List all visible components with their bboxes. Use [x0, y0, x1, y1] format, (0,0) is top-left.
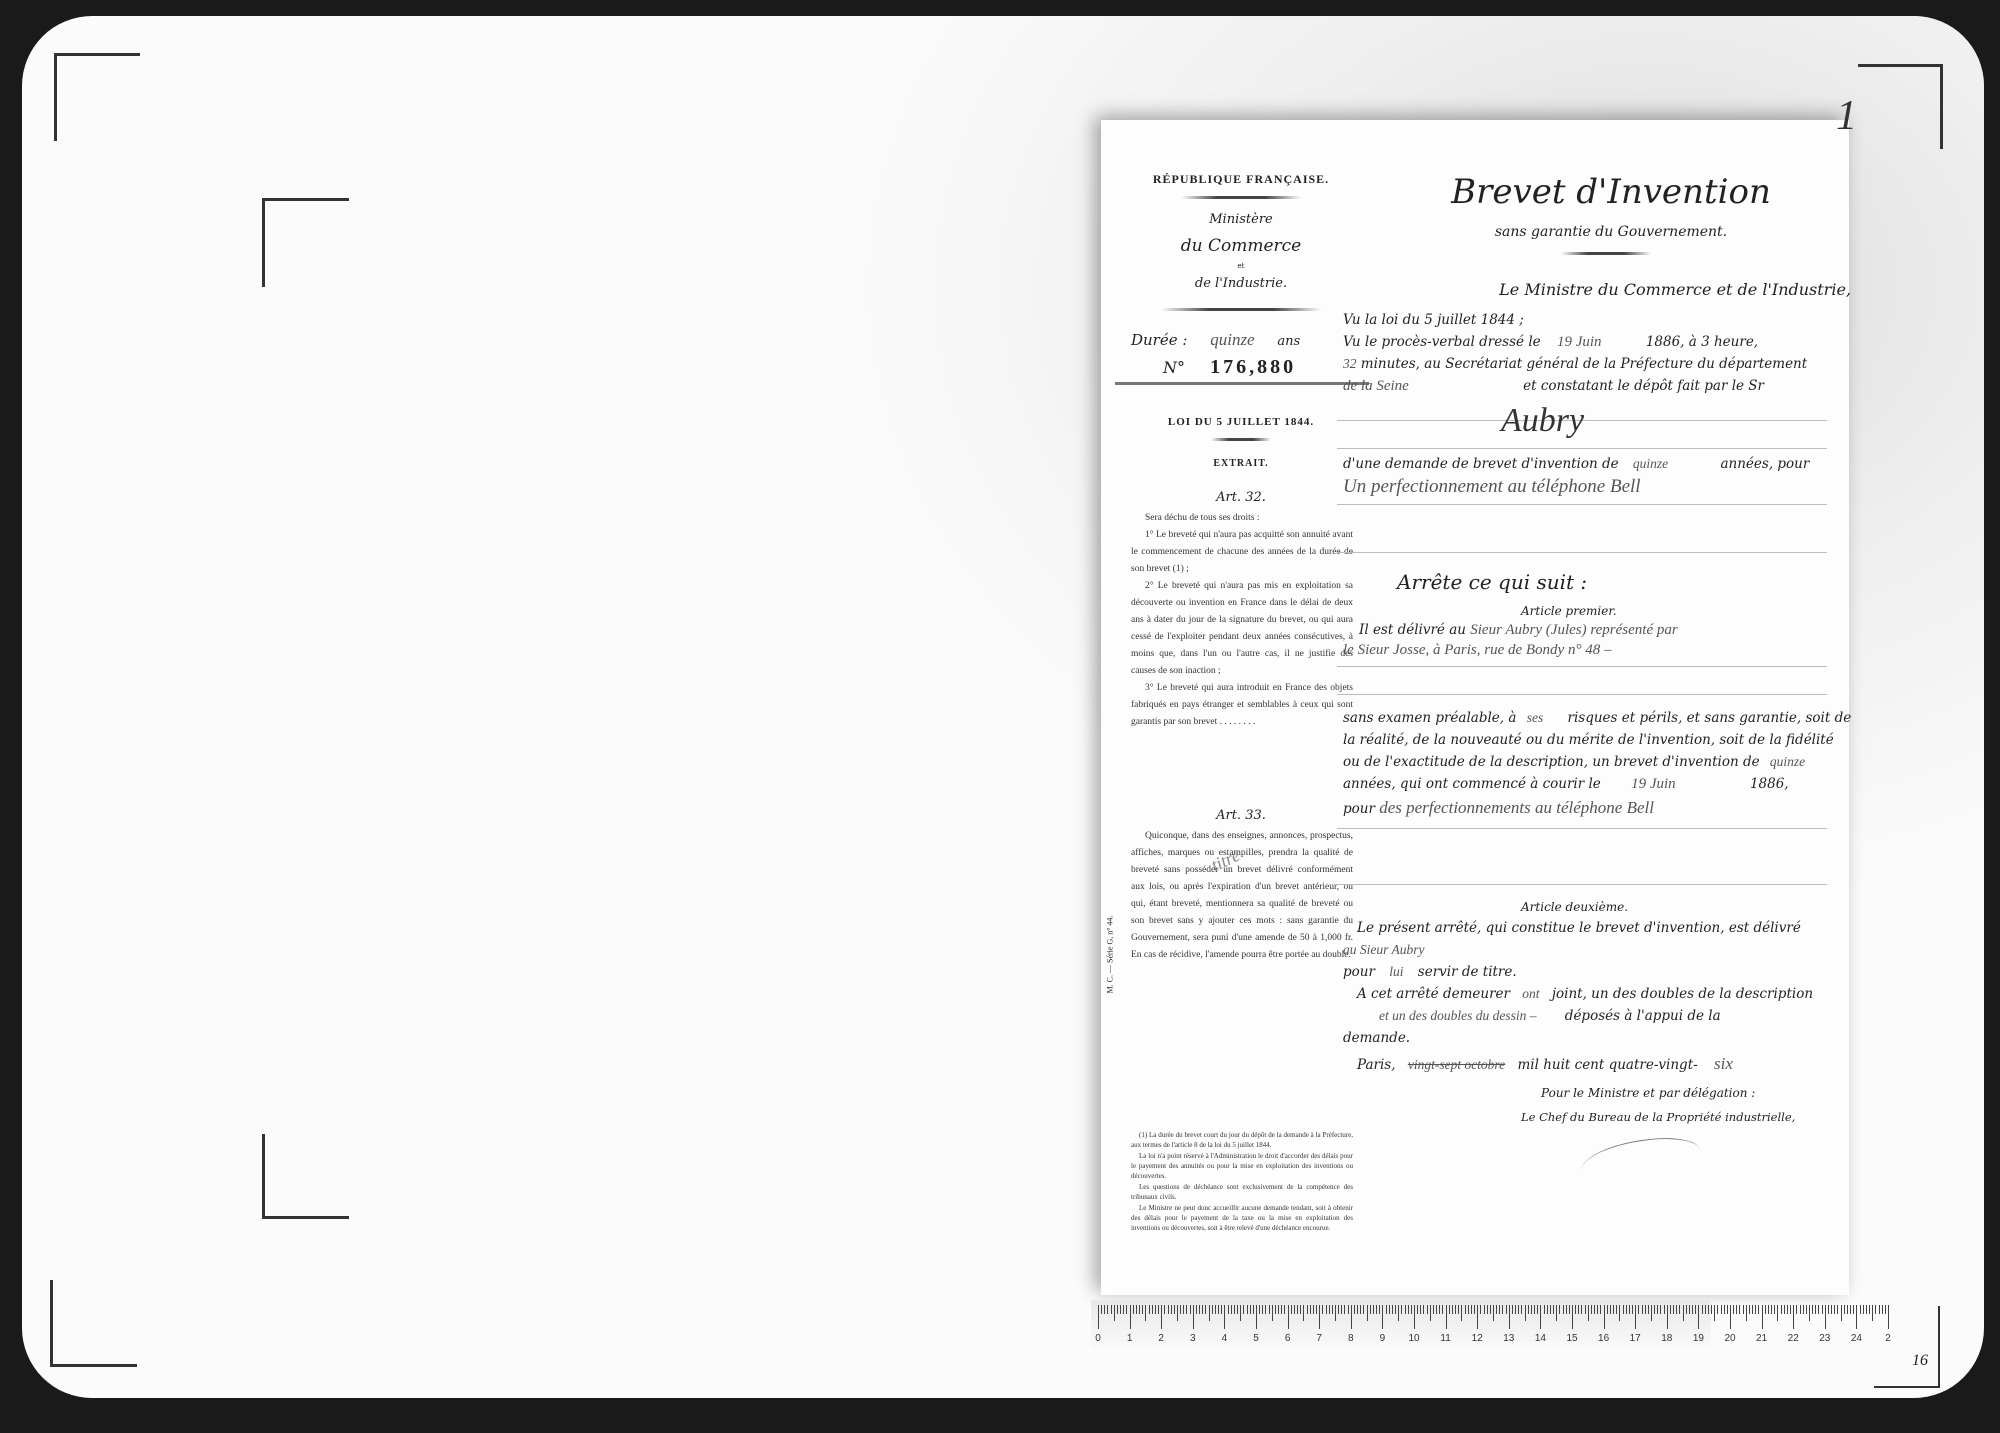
ornament-divider	[1211, 438, 1271, 441]
ruler-tick	[1474, 1305, 1475, 1314]
ruler-tick	[1294, 1305, 1295, 1314]
ruler-tick	[1379, 1305, 1380, 1314]
ruler-tick	[1705, 1305, 1706, 1314]
ruler-tick	[1319, 1305, 1320, 1329]
ruler-label: 20	[1724, 1333, 1735, 1344]
grant-year: six	[1714, 1054, 1733, 1073]
article1-line5: ou de l'exactitude de la description, un…	[1343, 754, 1823, 770]
ruler-tick	[1461, 1305, 1462, 1321]
ruler-tick	[1866, 1305, 1867, 1314]
art32-para3: 3° Le breveté qui aura introduit en Fran…	[1131, 680, 1353, 731]
ruler-tick	[1502, 1305, 1503, 1314]
ruler-tick	[1499, 1305, 1500, 1314]
ruler-tick	[1774, 1305, 1775, 1314]
ruler-tick	[1329, 1305, 1330, 1314]
ruler-tick	[1196, 1305, 1197, 1314]
ruler-tick	[1487, 1305, 1488, 1314]
ruler-tick	[1689, 1305, 1690, 1314]
ruler-label: 10	[1408, 1333, 1419, 1344]
ornament-divider	[1161, 308, 1321, 311]
ruler-tick	[1676, 1305, 1677, 1314]
ruler-tick	[1847, 1305, 1848, 1314]
ruler-tick	[1357, 1305, 1358, 1314]
ruler-tick	[1183, 1305, 1184, 1314]
ruler-tick	[1727, 1305, 1728, 1314]
article2-line5: et un des doubles du dessin – déposés à …	[1379, 1008, 1859, 1024]
ruler-label: 16	[1598, 1333, 1609, 1344]
ruler-tick	[1149, 1305, 1150, 1314]
ruler-tick	[1547, 1305, 1548, 1314]
form-line	[1337, 884, 1827, 885]
document-subtitle: sans garantie du Gouvernement.	[1401, 224, 1821, 240]
ruler-tick	[1793, 1305, 1794, 1329]
ruler-tick	[1771, 1305, 1772, 1314]
ruler-tick	[1126, 1305, 1127, 1314]
ruler-tick	[1660, 1305, 1661, 1314]
ruler-tick	[1389, 1305, 1390, 1314]
ruler-tick	[1480, 1305, 1481, 1314]
ruler-tick	[1818, 1305, 1819, 1314]
ruler-label: 24	[1851, 1333, 1862, 1344]
ruler-label: 2	[1158, 1333, 1164, 1344]
article1-line2: le Sieur Josse, à Paris, rue de Bondy n°…	[1343, 642, 1823, 659]
ruler-tick	[1853, 1305, 1854, 1314]
ruler-tick	[1300, 1305, 1301, 1314]
ruler-tick	[1572, 1305, 1573, 1329]
ruler-tick	[1556, 1305, 1557, 1321]
ruler-tick	[1401, 1305, 1402, 1314]
ruler-tick	[1714, 1305, 1715, 1321]
ruler-label: 5	[1253, 1333, 1259, 1344]
ruler-tick	[1822, 1305, 1823, 1314]
ruler-tick	[1860, 1305, 1861, 1314]
form-line	[1337, 552, 1827, 553]
article1-line1: Il est délivré au Sieur Aubry (Jules) re…	[1359, 622, 1839, 639]
ruler-tick	[1269, 1305, 1270, 1314]
article2-line2: au Sieur Aubry	[1343, 942, 1823, 958]
ruler-tick	[1654, 1305, 1655, 1314]
ruler-tick	[1107, 1305, 1108, 1314]
ruler-tick	[1743, 1305, 1744, 1314]
article1-line3: sans examen préalable, à ses risques et …	[1343, 710, 1823, 726]
ruler-tick	[1645, 1305, 1646, 1314]
form-line	[1337, 828, 1827, 829]
duration-label: Durée :	[1131, 331, 1187, 349]
ruler-tick	[1250, 1305, 1251, 1314]
ruler-tick	[1711, 1305, 1712, 1314]
ruler-tick	[1856, 1305, 1857, 1329]
ruler-tick	[1610, 1305, 1611, 1314]
ruler-tick	[1708, 1305, 1709, 1314]
ministry-line1: Ministère	[1101, 212, 1381, 227]
duration-value: quinze	[1210, 330, 1254, 349]
ruler-tick	[1423, 1305, 1424, 1314]
ruler-tick	[1449, 1305, 1450, 1314]
ruler-tick	[1326, 1305, 1327, 1314]
ruler-tick	[1749, 1305, 1750, 1314]
ruler-tick	[1284, 1305, 1285, 1314]
ruler-tick	[1591, 1305, 1592, 1314]
ruler-tick	[1199, 1305, 1200, 1314]
ruler-tick	[1439, 1305, 1440, 1314]
ruler-tick	[1515, 1305, 1516, 1314]
ruler-tick	[1168, 1305, 1169, 1314]
ruler-label: 19	[1693, 1333, 1704, 1344]
ruler-tick	[1512, 1305, 1513, 1314]
ruler-label: 17	[1630, 1333, 1641, 1344]
ruler-tick	[1837, 1305, 1838, 1314]
ruler-tick	[1221, 1305, 1222, 1314]
ruler-tick	[1386, 1305, 1387, 1314]
duration-unit: ans	[1277, 334, 1300, 349]
ruler-tick	[1446, 1305, 1447, 1329]
art32-intro: Sera déchu de tous ses droits :	[1131, 510, 1353, 527]
decree-heading: Arrête ce qui suit :	[1397, 570, 1587, 594]
ruler-tick	[1875, 1305, 1876, 1314]
ruler-tick	[1471, 1305, 1472, 1314]
ruler-tick	[1382, 1305, 1383, 1329]
ruler-tick	[1493, 1305, 1494, 1321]
art33-title: Art. 33.	[1101, 808, 1381, 823]
ruler-tick	[1800, 1305, 1801, 1314]
ruler-tick	[1721, 1305, 1722, 1314]
ruler-tick	[1477, 1305, 1478, 1329]
header-rule	[1115, 382, 1369, 385]
ruler-tick	[1348, 1305, 1349, 1314]
ruler-tick	[1367, 1305, 1368, 1321]
ruler-tick	[1581, 1305, 1582, 1314]
ruler-tick	[1695, 1305, 1696, 1314]
ruler-tick	[1322, 1305, 1323, 1314]
article2-line4: A cet arrêté demeurer ont joint, un des …	[1357, 986, 1837, 1002]
ruler-tick	[1158, 1305, 1159, 1314]
crop-mark-outer-bottom-right	[1874, 1306, 1940, 1388]
ruler-tick	[1736, 1305, 1737, 1314]
ruler-tick	[1130, 1305, 1131, 1329]
ruler-tick	[1360, 1305, 1361, 1314]
ruler-tick	[1667, 1305, 1668, 1329]
ruler-tick	[1278, 1305, 1279, 1314]
ruler-label: 15	[1566, 1333, 1577, 1344]
ruler-tick	[1155, 1305, 1156, 1314]
ruler-tick	[1341, 1305, 1342, 1314]
ruler-tick	[1370, 1305, 1371, 1314]
ruler-tick	[1411, 1305, 1412, 1314]
ruler-tick	[1133, 1305, 1134, 1314]
ruler-tick	[1651, 1305, 1652, 1321]
ruler-tick	[1161, 1305, 1162, 1329]
ruler-tick	[1193, 1305, 1194, 1329]
ruler-tick	[1408, 1305, 1409, 1314]
ruler-tick	[1888, 1305, 1889, 1329]
ruler-tick	[1506, 1305, 1507, 1314]
ruler-tick	[1139, 1305, 1140, 1314]
ruler-tick	[1768, 1305, 1769, 1314]
ruler-tick	[1698, 1305, 1699, 1329]
ruler-label: 1	[1127, 1333, 1133, 1344]
ruler-tick	[1850, 1305, 1851, 1314]
ruler-tick	[1632, 1305, 1633, 1314]
patent-number-row: N° 176,880	[1163, 356, 1296, 379]
ruler-tick	[1686, 1305, 1687, 1314]
ruler-tick	[1101, 1305, 1102, 1314]
ruler-tick	[1588, 1305, 1589, 1321]
ruler-tick	[1190, 1305, 1191, 1314]
ruler-tick	[1566, 1305, 1567, 1314]
signature-line2: Le Chef du Bureau de la Propriété indust…	[1521, 1110, 1795, 1124]
ruler-tick	[1243, 1305, 1244, 1314]
ruler-tick	[1490, 1305, 1491, 1314]
art32-text: Sera déchu de tous ses droits : 1° Le br…	[1131, 510, 1353, 731]
ruler-tick	[1841, 1305, 1842, 1321]
date-line: Paris, vingt-sept octobre mil huit cent …	[1357, 1054, 1837, 1074]
ruler-tick	[1787, 1305, 1788, 1314]
ruler-tick	[1275, 1305, 1276, 1314]
ruler-tick	[1553, 1305, 1554, 1314]
ruler-tick	[1398, 1305, 1399, 1321]
preamble-line3: 32 minutes, au Secrétariat général de la…	[1343, 356, 1823, 372]
ruler-tick	[1733, 1305, 1734, 1314]
ruler-tick	[1496, 1305, 1497, 1314]
ruler-tick	[1465, 1305, 1466, 1314]
ruler-tick	[1420, 1305, 1421, 1314]
ruler-tick	[1354, 1305, 1355, 1314]
ruler-tick	[1648, 1305, 1649, 1314]
ruler-tick	[1218, 1305, 1219, 1314]
ruler-tick	[1863, 1305, 1864, 1314]
ruler-tick	[1879, 1305, 1880, 1314]
ruler-tick	[1619, 1305, 1620, 1321]
ruler-label: 22	[1788, 1333, 1799, 1344]
footnote-3: Les questions de déchéance sont exclusiv…	[1131, 1182, 1353, 1202]
ruler-tick	[1607, 1305, 1608, 1314]
form-line	[1337, 504, 1827, 505]
ruler-tick	[1392, 1305, 1393, 1314]
ruler-tick	[1430, 1305, 1431, 1321]
ruler-tick	[1436, 1305, 1437, 1314]
article1-title: Article premier.	[1521, 604, 1617, 618]
ruler-tick	[1231, 1305, 1232, 1314]
ruler-tick	[1673, 1305, 1674, 1314]
ruler-label: 8	[1348, 1333, 1354, 1344]
ruler-tick	[1228, 1305, 1229, 1314]
ornament-divider	[1181, 196, 1301, 199]
ruler-tick	[1174, 1305, 1175, 1314]
ruler-tick	[1534, 1305, 1535, 1314]
ruler-tick	[1186, 1305, 1187, 1314]
ruler-tick	[1351, 1305, 1352, 1329]
ruler-tick	[1635, 1305, 1636, 1329]
republic-heading: RÉPUBLIQUE FRANÇAISE.	[1101, 172, 1381, 187]
article1-line6: années, qui ont commencé à courir le 19 …	[1343, 776, 1823, 793]
ruler-tick	[1209, 1305, 1210, 1321]
ruler-tick	[1540, 1305, 1541, 1329]
document-title: Brevet d'Invention	[1401, 172, 1821, 212]
ruler-tick	[1638, 1305, 1639, 1314]
ruler-tick	[1405, 1305, 1406, 1314]
article2-line3: pour lui servir de titre.	[1343, 964, 1823, 980]
ruler-tick	[1550, 1305, 1551, 1314]
ruler-tick	[1724, 1305, 1725, 1314]
footnote-2: La loi n'a point réservé à l'Administrat…	[1131, 1151, 1353, 1181]
ruler-tick	[1212, 1305, 1213, 1314]
page-number-handwritten: 1	[1836, 92, 1857, 140]
ruler-tick	[1597, 1305, 1598, 1314]
minister-heading: Le Ministre du Commerce et de l'Industri…	[1381, 280, 1851, 299]
deposit-date: 19 Juin	[1557, 334, 1602, 350]
ruler-tick	[1117, 1305, 1118, 1314]
ruler-tick	[1316, 1305, 1317, 1314]
ruler-tick	[1307, 1305, 1308, 1314]
ruler-tick	[1616, 1305, 1617, 1314]
signature-scribble	[1579, 1134, 1703, 1187]
ruler-tick	[1177, 1305, 1178, 1321]
ruler-tick	[1240, 1305, 1241, 1321]
duration-row: Durée : quinze ans	[1131, 330, 1300, 350]
footnotes: (1) La durée du brevet court du jour du …	[1131, 1130, 1353, 1234]
ruler-tick	[1414, 1305, 1415, 1329]
ruler-label: 13	[1503, 1333, 1514, 1344]
crop-mark-outer-top-left	[54, 53, 140, 141]
ruler-tick	[1164, 1305, 1165, 1314]
ruler-tick	[1417, 1305, 1418, 1314]
ruler-tick	[1803, 1305, 1804, 1314]
ruler-tick	[1559, 1305, 1560, 1314]
ruler-tick	[1544, 1305, 1545, 1314]
ruler-tick	[1604, 1305, 1605, 1329]
ruler-tick	[1303, 1305, 1304, 1321]
article1-line4: la réalité, de la nouveauté ou du mérite…	[1343, 732, 1823, 748]
ruler-label: 23	[1819, 1333, 1830, 1344]
ruler-tick	[1518, 1305, 1519, 1314]
ruler-tick	[1730, 1305, 1731, 1329]
ruler-label: 6	[1285, 1333, 1291, 1344]
ruler-tick	[1752, 1305, 1753, 1314]
ruler-tick	[1528, 1305, 1529, 1314]
ruler-tick	[1442, 1305, 1443, 1314]
ruler-tick	[1692, 1305, 1693, 1314]
article2-title: Article deuxième.	[1521, 900, 1628, 914]
ruler-tick	[1455, 1305, 1456, 1314]
ruler-tick	[1885, 1305, 1886, 1314]
ruler-label: 7	[1316, 1333, 1322, 1344]
ruler-label: 0	[1095, 1333, 1101, 1344]
ruler-tick	[1145, 1305, 1146, 1321]
ruler-tick	[1815, 1305, 1816, 1314]
ruler-tick	[1281, 1305, 1282, 1314]
ruler-tick	[1872, 1305, 1873, 1321]
preamble-line5: d'une demande de brevet d'invention de q…	[1343, 456, 1823, 472]
ruler-label: 4	[1222, 1333, 1228, 1344]
ruler-tick	[1297, 1305, 1298, 1314]
ruler-tick	[1376, 1305, 1377, 1314]
ruler-tick	[1395, 1305, 1396, 1314]
ruler-tick	[1683, 1305, 1684, 1321]
ruler-tick	[1335, 1305, 1336, 1321]
ruler-label: 2	[1885, 1333, 1891, 1344]
ruler-tick	[1746, 1305, 1747, 1321]
ruler-tick	[1613, 1305, 1614, 1314]
ornament-divider	[1561, 252, 1651, 255]
ruler-tick	[1111, 1305, 1112, 1314]
ruler-tick	[1600, 1305, 1601, 1314]
ruler-tick	[1234, 1305, 1235, 1314]
ruler-tick	[1765, 1305, 1766, 1314]
ruler-tick	[1594, 1305, 1595, 1314]
ruler-tick	[1657, 1305, 1658, 1314]
ruler-tick	[1521, 1305, 1522, 1314]
ruler-label: 21	[1756, 1333, 1767, 1344]
ruler-tick	[1882, 1305, 1883, 1314]
ruler-label: 18	[1661, 1333, 1672, 1344]
ruler-tick	[1809, 1305, 1810, 1321]
form-line	[1337, 448, 1827, 449]
footnote-4: Le Ministre ne peut donc accueillir aucu…	[1131, 1203, 1353, 1233]
ruler-tick	[1781, 1305, 1782, 1314]
ruler-tick	[1755, 1305, 1756, 1314]
ruler-tick	[1777, 1305, 1778, 1321]
series-label: M. C. — Série G, n° 44.	[1105, 916, 1114, 994]
ruler-tick	[1569, 1305, 1570, 1314]
ruler-tick	[1739, 1305, 1740, 1314]
ruler-tick	[1484, 1305, 1485, 1314]
law-subtitle: EXTRAIT.	[1101, 458, 1381, 469]
ruler-tick	[1136, 1305, 1137, 1314]
ruler-tick	[1313, 1305, 1314, 1314]
ruler-tick	[1784, 1305, 1785, 1314]
ruler-tick	[1120, 1305, 1121, 1314]
signature-line1: Pour le Ministre et par délégation :	[1541, 1086, 1755, 1100]
footnote-1: (1) La durée du brevet court du jour du …	[1131, 1130, 1353, 1150]
applicant-name: Aubry	[1501, 402, 1584, 440]
ruler-tick	[1670, 1305, 1671, 1314]
ruler-tick	[1202, 1305, 1203, 1314]
ruler-tick	[1338, 1305, 1339, 1314]
law-title: LOI DU 5 JUILLET 1844.	[1101, 416, 1381, 428]
ruler-tick	[1758, 1305, 1759, 1314]
ruler-tick	[1623, 1305, 1624, 1314]
ruler-tick	[1152, 1305, 1153, 1314]
form-line	[1337, 694, 1827, 695]
ruler-tick	[1433, 1305, 1434, 1314]
ruler-tick	[1762, 1305, 1763, 1329]
ruler-tick	[1259, 1305, 1260, 1314]
art33-text: Quiconque, dans des enseignes, annonces,…	[1131, 828, 1353, 964]
ruler-tick	[1344, 1305, 1345, 1314]
requested-years: quinze	[1633, 456, 1668, 471]
form-line	[1337, 666, 1827, 667]
ruler-tick	[1256, 1305, 1257, 1329]
patent-document: 1 RÉPUBLIQUE FRANÇAISE. Ministère du Com…	[1101, 120, 1849, 1295]
ruler-tick	[1790, 1305, 1791, 1314]
ruler-tick	[1180, 1305, 1181, 1314]
ruler-tick	[1806, 1305, 1807, 1314]
ruler-tick	[1717, 1305, 1718, 1314]
ruler-tick	[1363, 1305, 1364, 1314]
preamble-line2: Vu le procès-verbal dressé le 19 Juin 18…	[1343, 334, 1823, 351]
ruler-tick	[1332, 1305, 1333, 1314]
ruler-tick	[1844, 1305, 1845, 1314]
ruler-tick	[1642, 1305, 1643, 1314]
ruler-label: 9	[1380, 1333, 1386, 1344]
preamble-line4: de la Seine et constatant le dépôt fait …	[1343, 378, 1823, 395]
ruler-tick	[1247, 1305, 1248, 1314]
ruler-tick	[1265, 1305, 1266, 1314]
ruler-tick	[1272, 1305, 1273, 1321]
ruler-tick	[1585, 1305, 1586, 1314]
art33-para1: Quiconque, dans des enseignes, annonces,…	[1131, 828, 1353, 964]
ruler-label: 11	[1440, 1333, 1450, 1344]
